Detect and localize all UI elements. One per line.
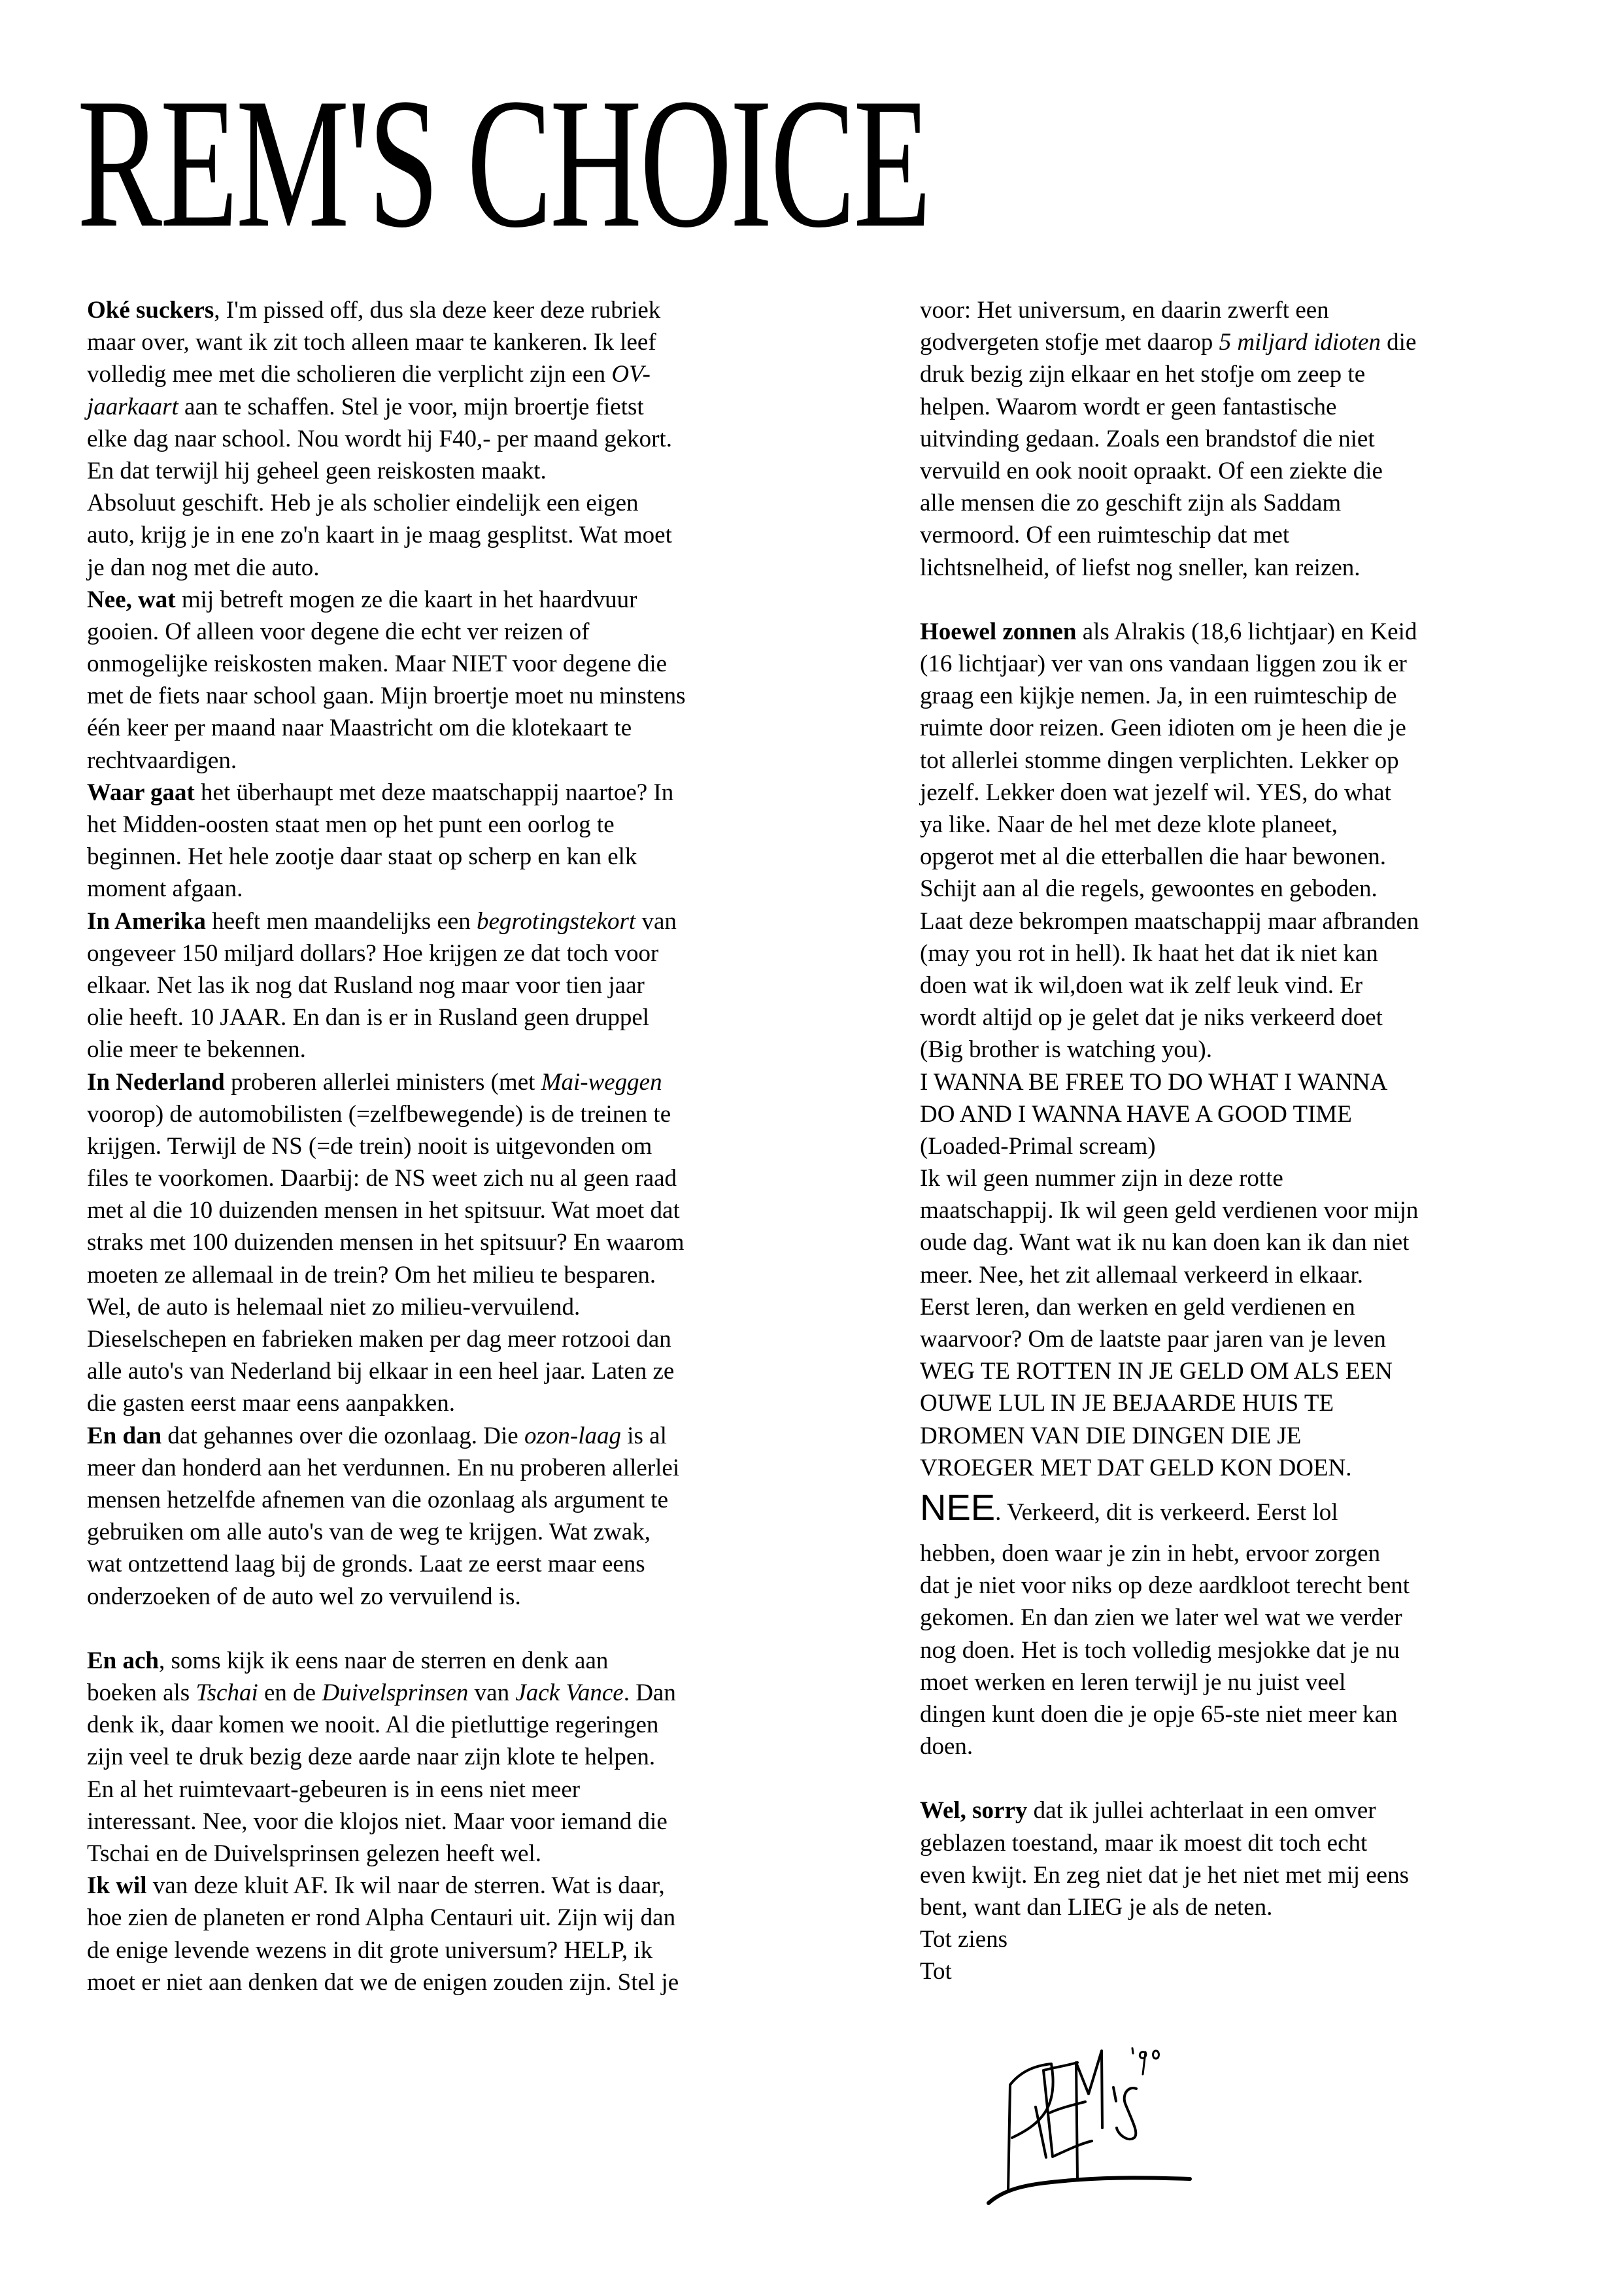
paragraph-ov-jaarkaart: Oké suckers, I'm pissed off, dus sla dez…: [87, 294, 891, 584]
paragraph-wel-sorry: Wel, sorry dat ik jullei achterlaat in e…: [920, 1795, 1574, 1923]
closing-line: Tot ziens: [920, 1923, 1574, 1955]
paragraph-en-ach: En ach, soms kijk ik eens naar de sterre…: [87, 1645, 891, 1870]
paragraph-en-dan: En dan dat gehannes over die ozonlaag. D…: [87, 1420, 891, 1613]
paragraph-nee-wat: Nee, wat mij betreft mogen ze die kaart …: [87, 584, 891, 777]
right-column: voor: Het universum, en daarin zwerft ee…: [920, 294, 1574, 1988]
left-column: Oké suckers, I'm pissed off, dus sla dez…: [87, 294, 891, 1998]
paragraph-hoewel-zonnen: Hoewel zonnen als Alrakis (18,6 lichtjaa…: [920, 616, 1574, 1484]
paragraph-in-nederland: In Nederland proberen allerlei ministers…: [87, 1066, 891, 1420]
lead-in: Ik wil: [87, 1872, 147, 1899]
lead-in: Waar gaat: [87, 779, 195, 806]
lead-in: In Nederland: [87, 1069, 225, 1096]
closing: Tot ziens Tot: [920, 1923, 1574, 1987]
paragraph-gap: [920, 584, 1574, 616]
lead-in: En ach: [87, 1647, 159, 1674]
lead-in: Wel, sorry: [920, 1797, 1027, 1824]
lead-in: In Amerika: [87, 908, 206, 935]
paragraph-gap: [920, 1762, 1574, 1795]
handwritten-signature-rems-90: [981, 2036, 1229, 2206]
page-title: REM'S CHOICE: [77, 71, 929, 257]
paragraph-universum: voor: Het universum, en daarin zwerft ee…: [920, 294, 1574, 584]
paragraph-ik-wil: Ik wil van deze kluit AF. Ik wil naar de…: [87, 1870, 891, 1998]
lead-in: En dan: [87, 1423, 161, 1449]
paragraph-waar-gaat: Waar gaat het überhaupt met deze maatsch…: [87, 777, 891, 905]
lyric-attribution: (Loaded-Primal scream): [920, 1130, 1574, 1162]
lyric-quote: DO AND I WANNA HAVE A GOOD TIME: [920, 1098, 1574, 1130]
lead-in: Nee, wat: [87, 586, 176, 613]
paragraph-in-amerika: In Amerika heeft men maandelijks een beg…: [87, 905, 891, 1066]
lead-in: Oké suckers: [87, 297, 214, 324]
paragraph-nee: NEE. Verkeerd, dit is verkeerd. Eerst lo…: [920, 1485, 1574, 1762]
closing-line: Tot: [920, 1955, 1574, 1987]
paragraph-gap: [87, 1613, 891, 1645]
lead-in: Hoewel zonnen: [920, 618, 1076, 645]
nee-emphasis: NEE: [920, 1487, 995, 1528]
lyric-quote: I WANNA BE FREE TO DO WHAT I WANNA: [920, 1066, 1574, 1098]
